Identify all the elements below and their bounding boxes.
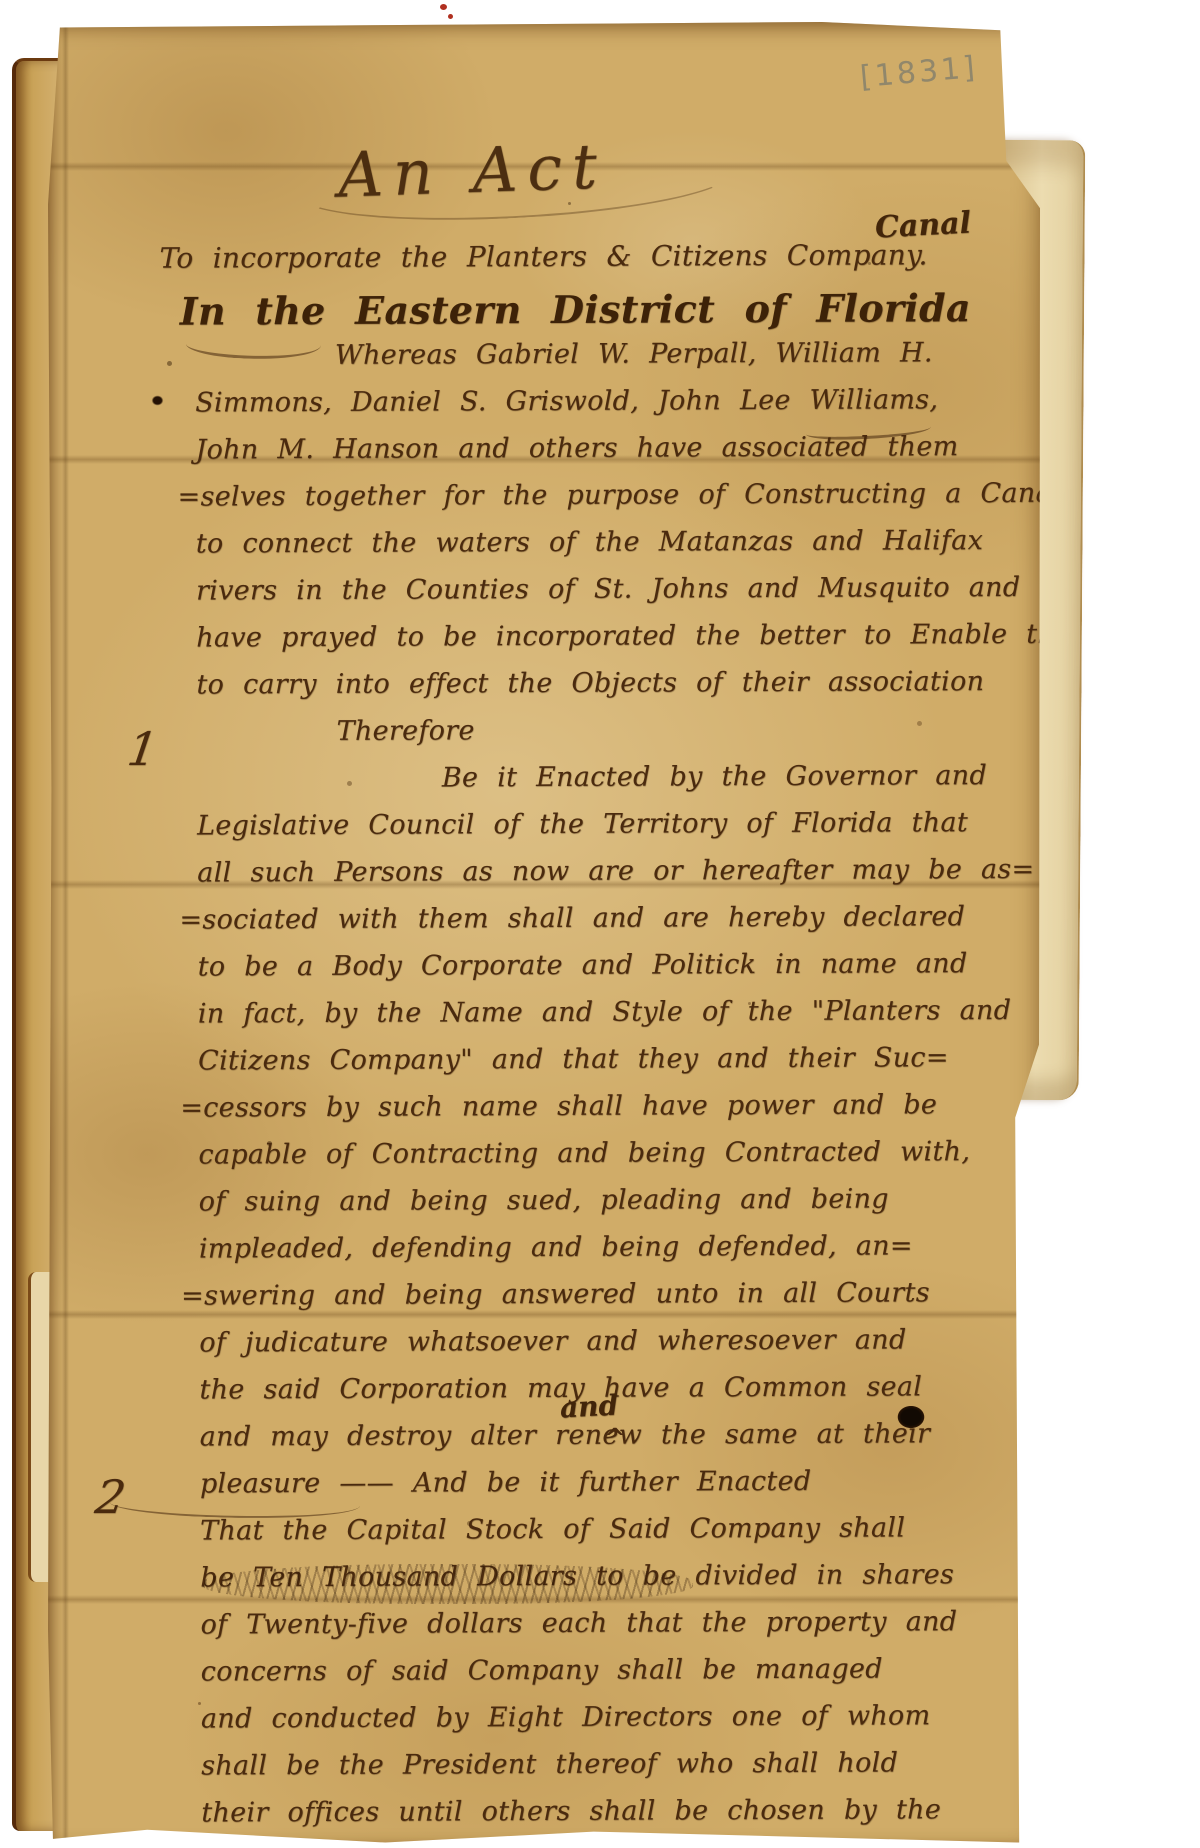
document-line: of judicature whatsoever and wheresoever… [49, 1324, 1040, 1375]
ink-specks [48, 22, 51, 25]
document-line: John M. Hanson and others have associate… [48, 431, 1038, 482]
wax-speck [448, 14, 453, 19]
document-line: and may destroy alter renew the same at … [50, 1418, 1040, 1469]
document-line: shall be the President thereof who shall… [51, 1747, 1040, 1798]
document-line: capable of Contracting and being Contrac… [48, 1136, 1040, 1187]
document-line: of suing and being sued, pleading and be… [49, 1183, 1040, 1234]
document-line: all such Persons as now are or hereafter… [48, 854, 1039, 905]
wax-speck [440, 4, 447, 10]
document-line: impleaded, defending and being defended,… [49, 1230, 1040, 1281]
document-line: and conducted by Eight Directors one of … [51, 1700, 1040, 1751]
manuscript-page: [1831] An Act Canal To incorporate the P… [48, 22, 1040, 1848]
document-line: =sociated with them shall and are hereby… [48, 901, 1040, 952]
document-line: To incorporate the Planters & Citizens C… [48, 238, 1037, 289]
document-line: That the Capital Stock of Said Company s… [50, 1512, 1040, 1563]
document-line: Citizens Company" and that they and thei… [48, 1042, 1040, 1093]
overwritten-scribble [203, 1564, 693, 1604]
document-line: in fact, by the Name and Style of the "P… [48, 995, 1040, 1046]
document-line: to be a Body Corporate and Politick in n… [48, 948, 1040, 999]
document-line: to connect the waters of the Matanzas an… [48, 525, 1038, 576]
document-line: =swering and being answered unto in all … [49, 1277, 1040, 1328]
caret-mark: ^ [604, 1424, 626, 1454]
document-line: =cessors by such name shall have power a… [48, 1089, 1040, 1140]
ink-blot [150, 394, 165, 407]
year-annotation: [1831] [859, 50, 979, 95]
scanned-document-canvas: [1831] An Act Canal To incorporate the P… [0, 0, 1200, 1848]
document-line: of Twenty-five dollars each that the pro… [50, 1606, 1040, 1657]
document-line: Be it Enacted by the Governor and [48, 760, 1039, 811]
document-line: concerns of said Company shall be manage… [51, 1653, 1040, 1704]
document-line: rivers in the Counties of St. Johns and … [48, 572, 1038, 623]
text-block: To incorporate the Planters & Citizens C… [48, 238, 1040, 1845]
document-line: have prayed to be incorporated the bette… [48, 619, 1038, 670]
document-line: their offices until others shall be chos… [51, 1794, 1040, 1845]
document-line: the said Corporation may have a Common s… [49, 1371, 1040, 1422]
document-line: Therefore [48, 713, 1039, 764]
document-line: to carry into effect the Objects of thei… [48, 666, 1039, 717]
document-line: Legislative Council of the Territory of … [48, 807, 1039, 858]
document-line: =selves together for the purpose of Cons… [48, 478, 1038, 529]
and-insertion: and [559, 1389, 619, 1425]
